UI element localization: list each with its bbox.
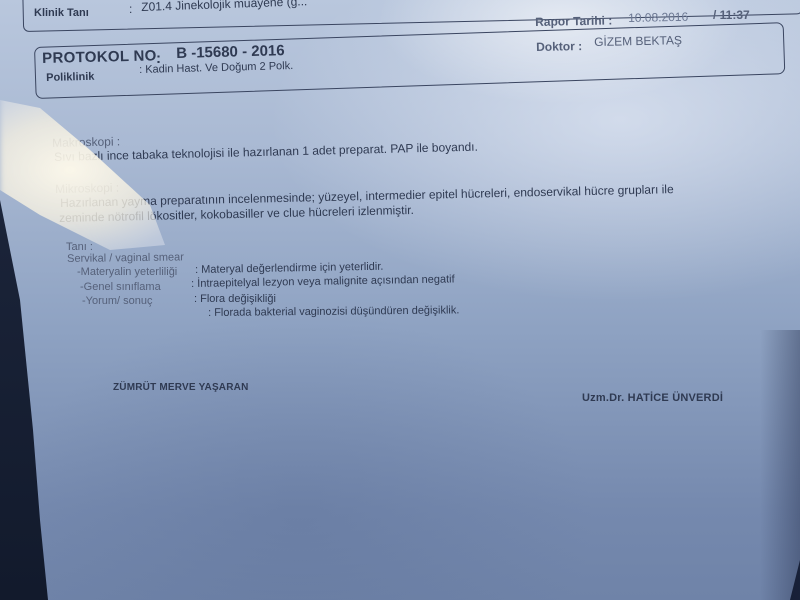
tani-row-value: : Materyal değerlendirme için yeterlidir… bbox=[195, 261, 383, 276]
tani-row-value: : Florada bakterial vaginozisi düşündüre… bbox=[208, 304, 459, 319]
protokol-number: B -15680 - 2016 bbox=[176, 42, 285, 62]
tani-row-value: : İntraepitelyal lezyon veya malignite a… bbox=[191, 273, 455, 290]
poliklinik-label: Poliklinik bbox=[46, 71, 95, 84]
rapor-saati: / 11:37 bbox=[713, 8, 750, 22]
tani-row-value: : Flora değişikliği bbox=[194, 293, 276, 305]
tani-specimen: Servikal / vaginal smear bbox=[67, 251, 184, 265]
tani-title: Tanı : bbox=[66, 241, 93, 253]
tani-row-label: -Materyalin yeterliliği bbox=[77, 266, 177, 278]
signature-left: ZÜMRÜT MERVE YAŞARAN bbox=[113, 382, 249, 393]
klinik-tani-label: Klinik Tanı bbox=[34, 7, 89, 19]
tani-row-label: -Yorum/ sonuç bbox=[82, 295, 153, 307]
report-paper: Klinik Tanı : Z01.4 Jinekolojik muayene … bbox=[0, 0, 800, 600]
tani-row-label: -Genel sınıflama bbox=[80, 281, 161, 293]
rapor-tarihi-label: Rapor Tarihi : bbox=[535, 13, 612, 29]
mikroskopi-title: Mikroskopi : bbox=[55, 181, 119, 196]
rapor-tarihi-value: 10.08.2016 bbox=[628, 10, 688, 25]
klinik-tani-colon: : bbox=[129, 2, 132, 16]
signature-right: Uzm.Dr. HATİCE ÜNVERDİ bbox=[582, 392, 723, 404]
